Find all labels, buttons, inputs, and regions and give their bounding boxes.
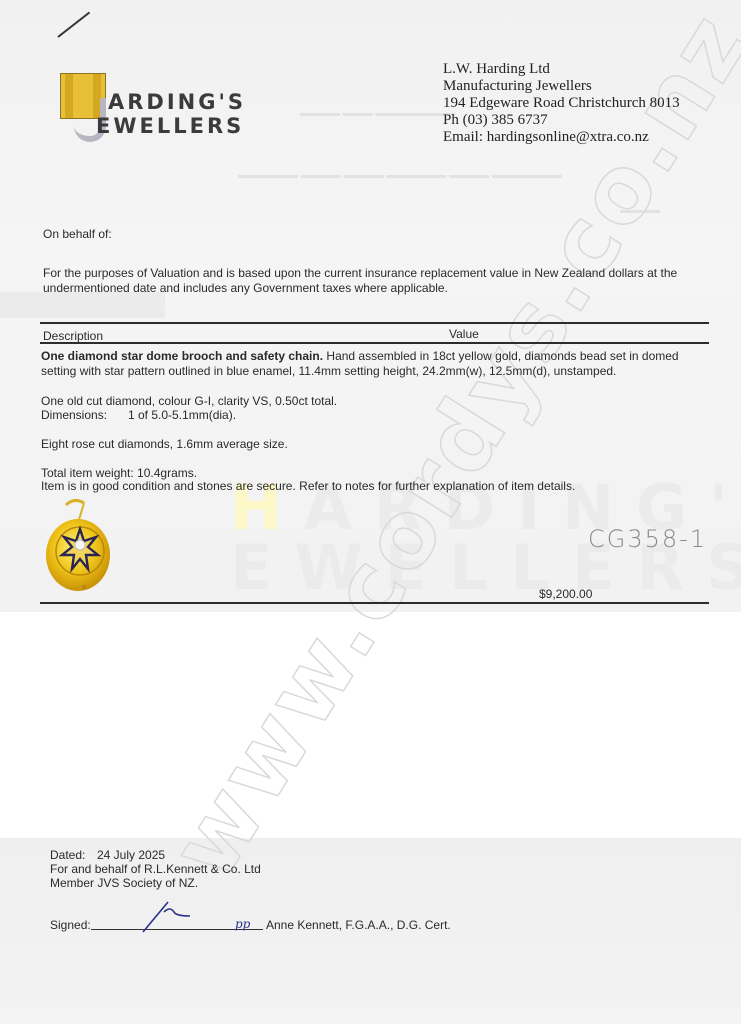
company-name: L.W. Harding Ltd <box>443 61 680 78</box>
table-header-rule <box>40 342 709 344</box>
company-tagline: Manufacturing Jewellers <box>443 78 680 95</box>
table-bottom-rule <box>40 602 709 604</box>
dimensions-value: 1 of 5.0-5.1mm(dia). <box>128 408 236 422</box>
table-top-rule <box>40 322 709 324</box>
logo-text-jewellers: EWELLERS <box>96 114 244 138</box>
scanned-page-blank-area <box>0 612 741 838</box>
rose-cut-diamonds: Eight rose cut diamonds, 1.6mm average s… <box>41 437 288 451</box>
company-phone: Ph (03) 385 6737 <box>443 112 680 129</box>
value-column-header: Value <box>449 327 479 341</box>
show-through-text: ▬▬▬▬ <box>620 205 660 216</box>
behalf-line: For and behalf of R.L.Kennett & Co. Ltd <box>50 862 261 876</box>
description-column-header: Description <box>43 329 103 343</box>
signatory-name: Anne Kennett, F.G.A.A., D.G. Cert. <box>266 918 451 932</box>
company-address: 194 Edgeware Road Christchurch 8013 <box>443 95 680 112</box>
signature-scribble <box>140 898 210 934</box>
company-email: Email: hardingsonline@xtra.co.nz <box>443 129 680 146</box>
dimensions-label: Dimensions: <box>41 408 107 422</box>
handwritten-reference-code: CG358-1 <box>588 525 707 553</box>
item-title: One diamond star dome brooch and safety … <box>41 349 323 363</box>
condition-note: Item is in good condition and stones are… <box>41 479 575 493</box>
company-address-block: L.W. Harding Ltd Manufacturing Jewellers… <box>443 61 680 146</box>
member-line: Member JVS Society of NZ. <box>50 876 198 890</box>
on-behalf-of-label: On behalf of: <box>43 227 112 241</box>
signed-label: Signed: <box>50 918 91 932</box>
dated-value: 24 July 2025 <box>97 848 165 862</box>
redacted-area <box>0 292 165 318</box>
pp-mark: pp <box>235 917 250 931</box>
item-value: $9,200.00 <box>539 587 592 601</box>
show-through-text: ▬▬▬▬ ▬▬▬ ▬▬▬▬▬▬▬▬ <box>300 108 456 119</box>
show-through-text: ▬▬▬▬▬▬ ▬▬▬▬ ▬▬▬▬ ▬▬▬▬▬▬ ▬▬▬▬ ▬▬▬▬▬▬▬ <box>238 170 562 181</box>
diamond-details: One old cut diamond, colour G-I, clarity… <box>41 394 337 408</box>
brooch-photo <box>40 495 120 600</box>
hardings-jewellers-logo: ARDING'S EWELLERS <box>48 68 288 148</box>
logo-text-hardings: ARDING'S <box>108 90 246 114</box>
dated-label: Dated: <box>50 848 85 862</box>
item-description: One diamond star dome brooch and safety … <box>41 349 711 379</box>
total-weight: Total item weight: 10.4grams. <box>41 466 197 480</box>
